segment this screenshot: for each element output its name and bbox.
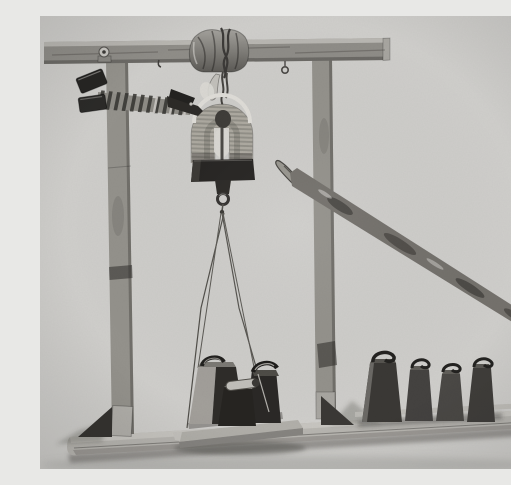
film-grain-overlay [40, 16, 511, 469]
electromagnet-apparatus-photo [40, 16, 511, 469]
photograph [40, 16, 511, 469]
